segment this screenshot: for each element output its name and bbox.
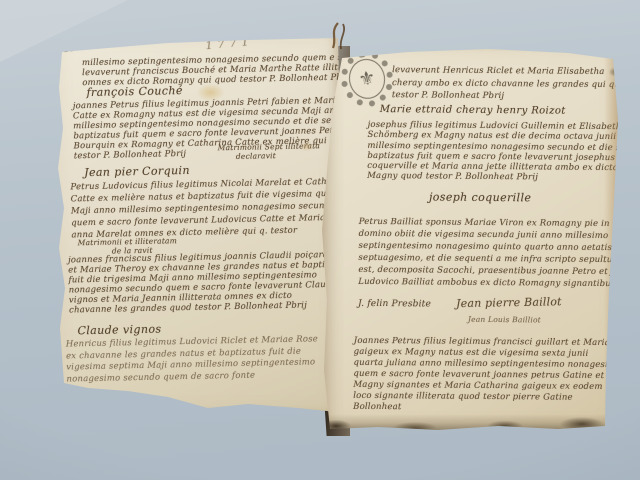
manuscript-line: Magny quod testor P. Bollonheat Pbrij	[367, 171, 640, 184]
margin-note: Matrimonii Sept illiteratadeclaravit	[218, 142, 321, 161]
manuscript-line: Bollonheat	[353, 402, 640, 416]
record-heading: Jean pier Corquin	[84, 164, 190, 179]
right-manuscript-page: ⚜ levaverunt Henricus Riclet et Maria El…	[318, 40, 624, 436]
bleed-through-mark: 1771	[205, 35, 254, 52]
record-paragraph: joannes franciscus filius legitimus joan…	[68, 250, 350, 316]
manuscript-photograph: 18 1771 millesimo septingentesimo nonage…	[0, 0, 640, 480]
binding-cord	[328, 20, 352, 50]
record-paragraph: levaverunt Henricus Riclet et Maria Elis…	[392, 64, 631, 104]
record-paragraph: josephus filius legitimus Ludovici Guill…	[367, 120, 640, 184]
manuscript-line: declaravit	[236, 151, 321, 161]
left-manuscript-page: 18 1771 millesimo septingentesimo nonage…	[48, 28, 344, 420]
record-paragraph: Joannes Petrus filius legitimus francisc…	[353, 336, 640, 416]
manuscript-line: testor P. Bollonheat Pbrij	[392, 89, 631, 104]
manuscript-line: Ludovico Bailliat ambobus ex dicto Romag…	[358, 276, 640, 290]
left-page-content: 18 1771 millesimo septingentesimo nonage…	[47, 23, 351, 421]
right-page-content: ⚜ levaverunt Henricus Riclet et Maria El…	[315, 39, 624, 438]
record-paragraph: Petrus Ludovicus filius legitimus Nicola…	[70, 175, 356, 241]
priest-signature: J. felin Presbite	[358, 299, 431, 310]
witness-signature: Jean Louis Bailliot	[468, 315, 541, 325]
witness-signature: Jean pierre Baillot	[456, 295, 562, 310]
record-paragraph: Henricus filius legitimus Ludovici Ricle…	[66, 334, 319, 385]
record-paragraph: Petrus Bailliat sponsus Mariae Viron ex …	[358, 216, 640, 290]
record-heading: Marie ettraid cheray henry Roizot	[380, 104, 566, 117]
page-number: 18	[63, 43, 76, 55]
record-heading: joseph coquerille	[429, 190, 531, 204]
record-heading: françois Couché	[86, 84, 183, 99]
record-heading: Claude vignos	[77, 323, 161, 338]
